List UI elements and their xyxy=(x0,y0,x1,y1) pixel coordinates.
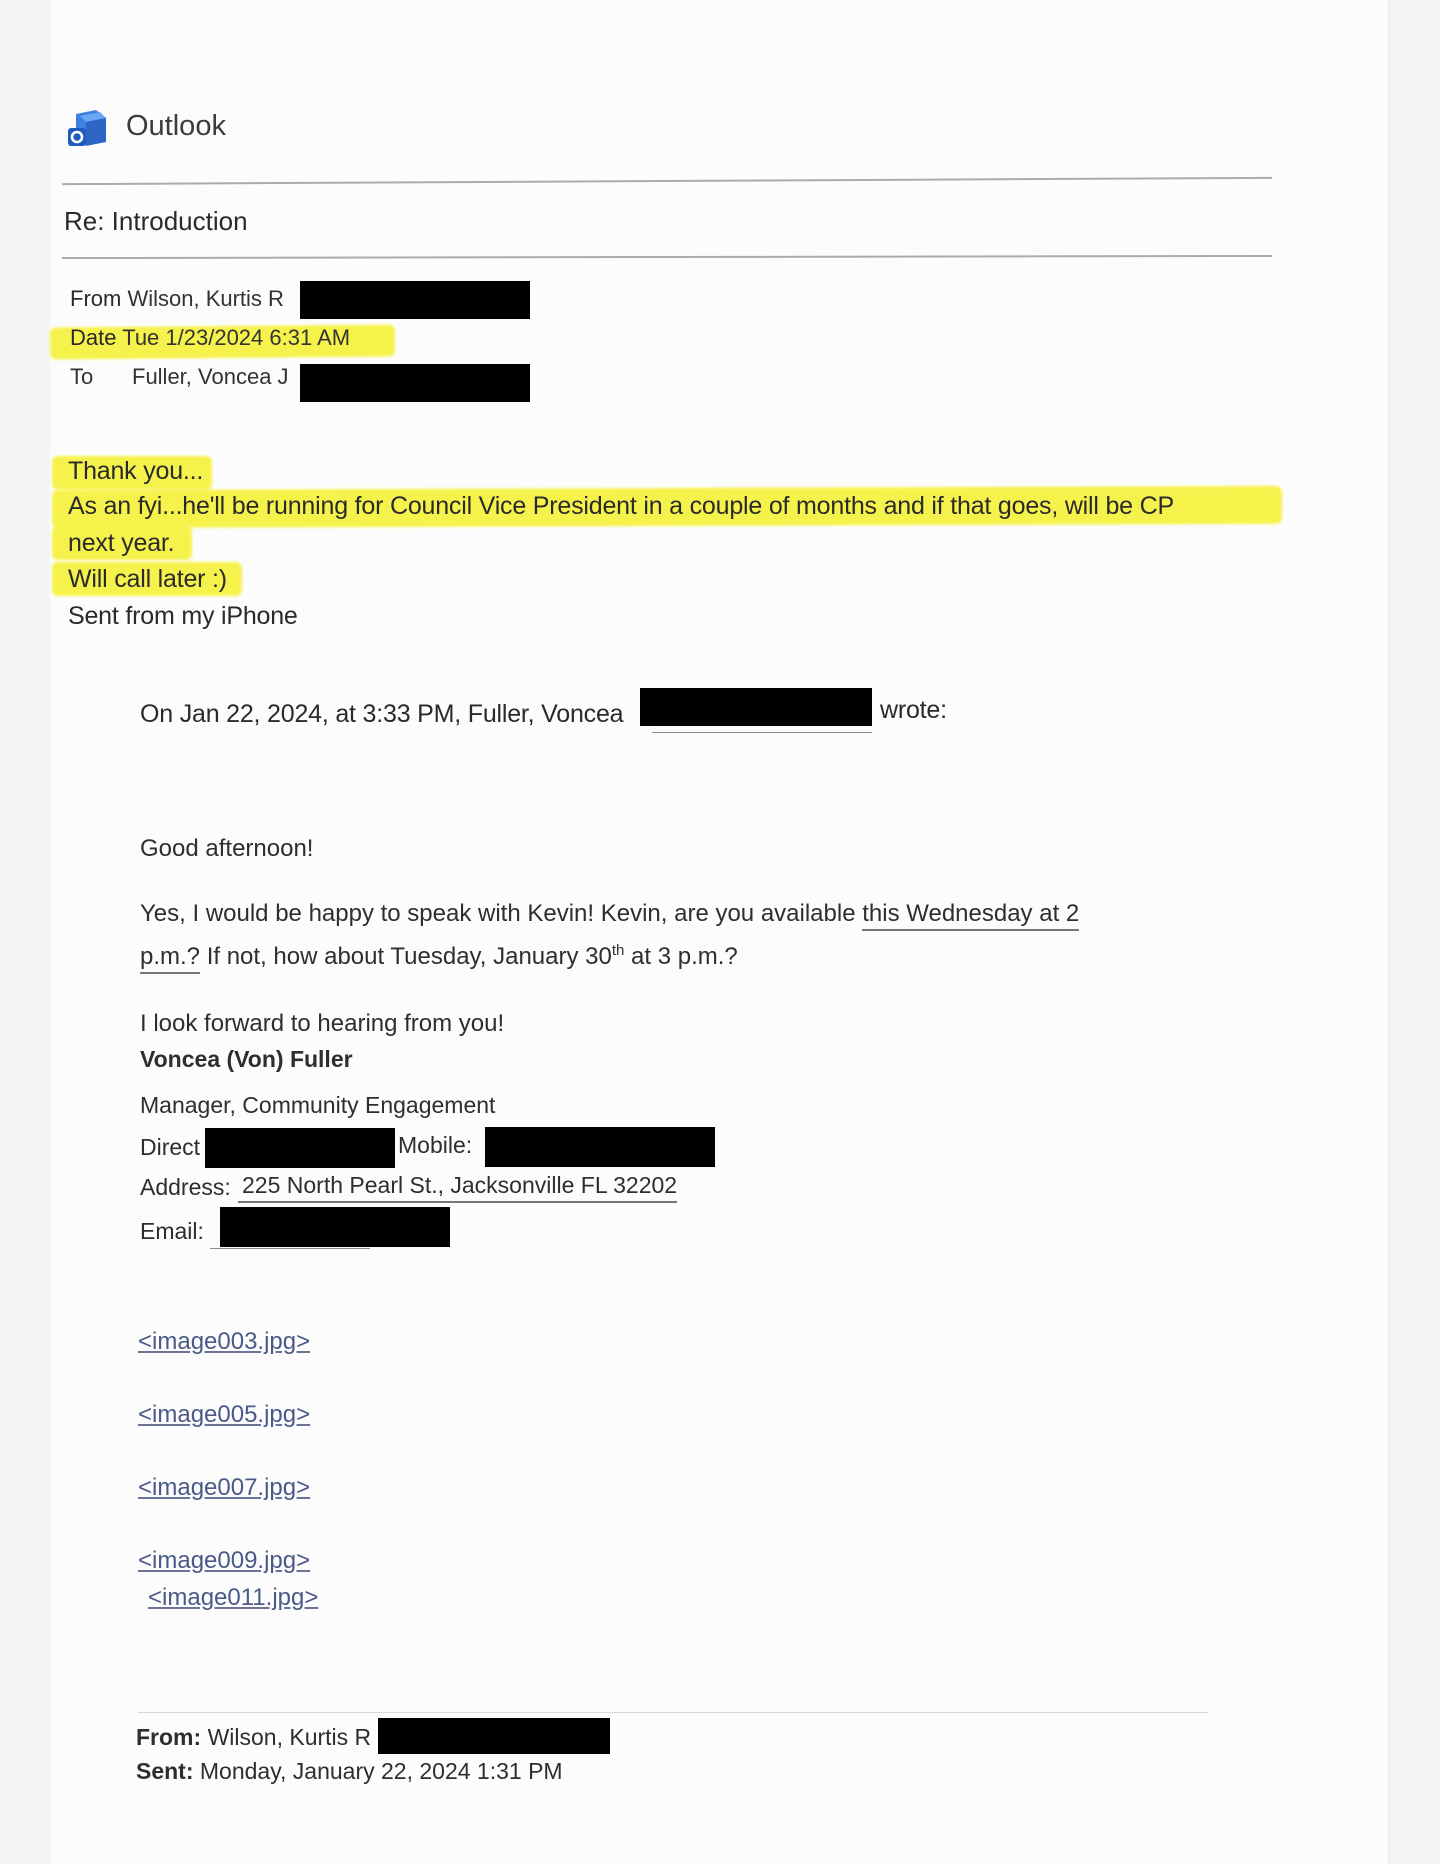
forwarded-sent-value: Monday, January 22, 2024 1:31 PM xyxy=(200,1758,563,1784)
forwarded-sent-row: Sent: Monday, January 22, 2024 1:31 PM xyxy=(136,1758,563,1785)
email-subject: Re: Introduction xyxy=(64,206,248,237)
reply-line: next year. xyxy=(68,529,174,558)
outlook-icon xyxy=(66,108,108,148)
to-label: To xyxy=(70,364,93,390)
email-underline xyxy=(652,732,872,733)
redacted-email xyxy=(300,364,530,402)
attachment-link[interactable]: <image003.jpg> xyxy=(138,1328,310,1356)
direct-label: Direct xyxy=(140,1134,200,1161)
mobile-label: Mobile: xyxy=(398,1132,472,1159)
redacted-email xyxy=(378,1718,610,1754)
redacted-phone xyxy=(205,1128,395,1168)
quoted-wrote: wrote: xyxy=(880,696,947,725)
attachment-link[interactable]: <image007.jpg> xyxy=(138,1474,310,1502)
date-label: Date xyxy=(70,325,116,350)
app-name: Outlook xyxy=(126,110,226,143)
paragraph-2: p.m.? If not, how about Tuesday, January… xyxy=(140,942,738,971)
signature-title: Manager, Community Engagement xyxy=(140,1092,495,1119)
redacted-phone xyxy=(485,1127,715,1167)
email-label: Email: xyxy=(140,1218,204,1245)
attachment-link[interactable]: <image009.jpg> xyxy=(138,1547,310,1575)
address-label: Address: xyxy=(140,1174,231,1201)
from-value[interactable]: Wilson, Kurtis R xyxy=(127,286,283,311)
forwarded-from-value[interactable]: Wilson, Kurtis R xyxy=(208,1724,372,1750)
greeting: Good afternoon! xyxy=(140,835,313,863)
attachment-link[interactable]: <image005.jpg> xyxy=(138,1401,310,1429)
from-row: From Wilson, Kurtis R xyxy=(70,286,284,312)
address-link[interactable]: 225 North Pearl St., Jacksonville FL 322… xyxy=(238,1172,677,1203)
reply-line: Will call later :) xyxy=(68,565,227,594)
forwarded-from-row: From: Wilson, Kurtis R xyxy=(136,1724,371,1751)
meeting-time-link[interactable]: p.m.? xyxy=(140,943,200,974)
reply-line: Thank you... xyxy=(68,457,203,486)
signature-name: Voncea (Von) Fuller xyxy=(140,1046,353,1073)
from-label: From xyxy=(70,286,121,311)
redacted-email xyxy=(300,281,530,319)
to-value[interactable]: Fuller, Voncea J xyxy=(132,364,289,390)
paragraph-1: Yes, I would be happy to speak with Kevi… xyxy=(140,900,1079,928)
forwarded-sent-label: Sent: xyxy=(136,1758,194,1784)
meeting-time-link[interactable]: this Wednesday at 2 xyxy=(862,900,1079,931)
forwarded-from-label: From: xyxy=(136,1724,201,1750)
quoted-intro: On Jan 22, 2024, at 3:33 PM, Fuller, Von… xyxy=(140,700,623,729)
redacted-email xyxy=(220,1207,450,1247)
signature-line: Sent from my iPhone xyxy=(68,602,298,631)
forward-divider xyxy=(138,1712,1208,1713)
reply-line: As an fyi...he'll be running for Council… xyxy=(68,492,1174,521)
date-value: Tue 1/23/2024 6:31 AM xyxy=(122,325,350,350)
email-underline xyxy=(210,1248,370,1249)
closing: I look forward to hearing from you! xyxy=(140,1010,504,1038)
attachment-link[interactable]: <image011.jpg> xyxy=(148,1584,318,1612)
date-row: Date Tue 1/23/2024 6:31 AM xyxy=(70,325,350,351)
redacted-email xyxy=(640,688,872,726)
